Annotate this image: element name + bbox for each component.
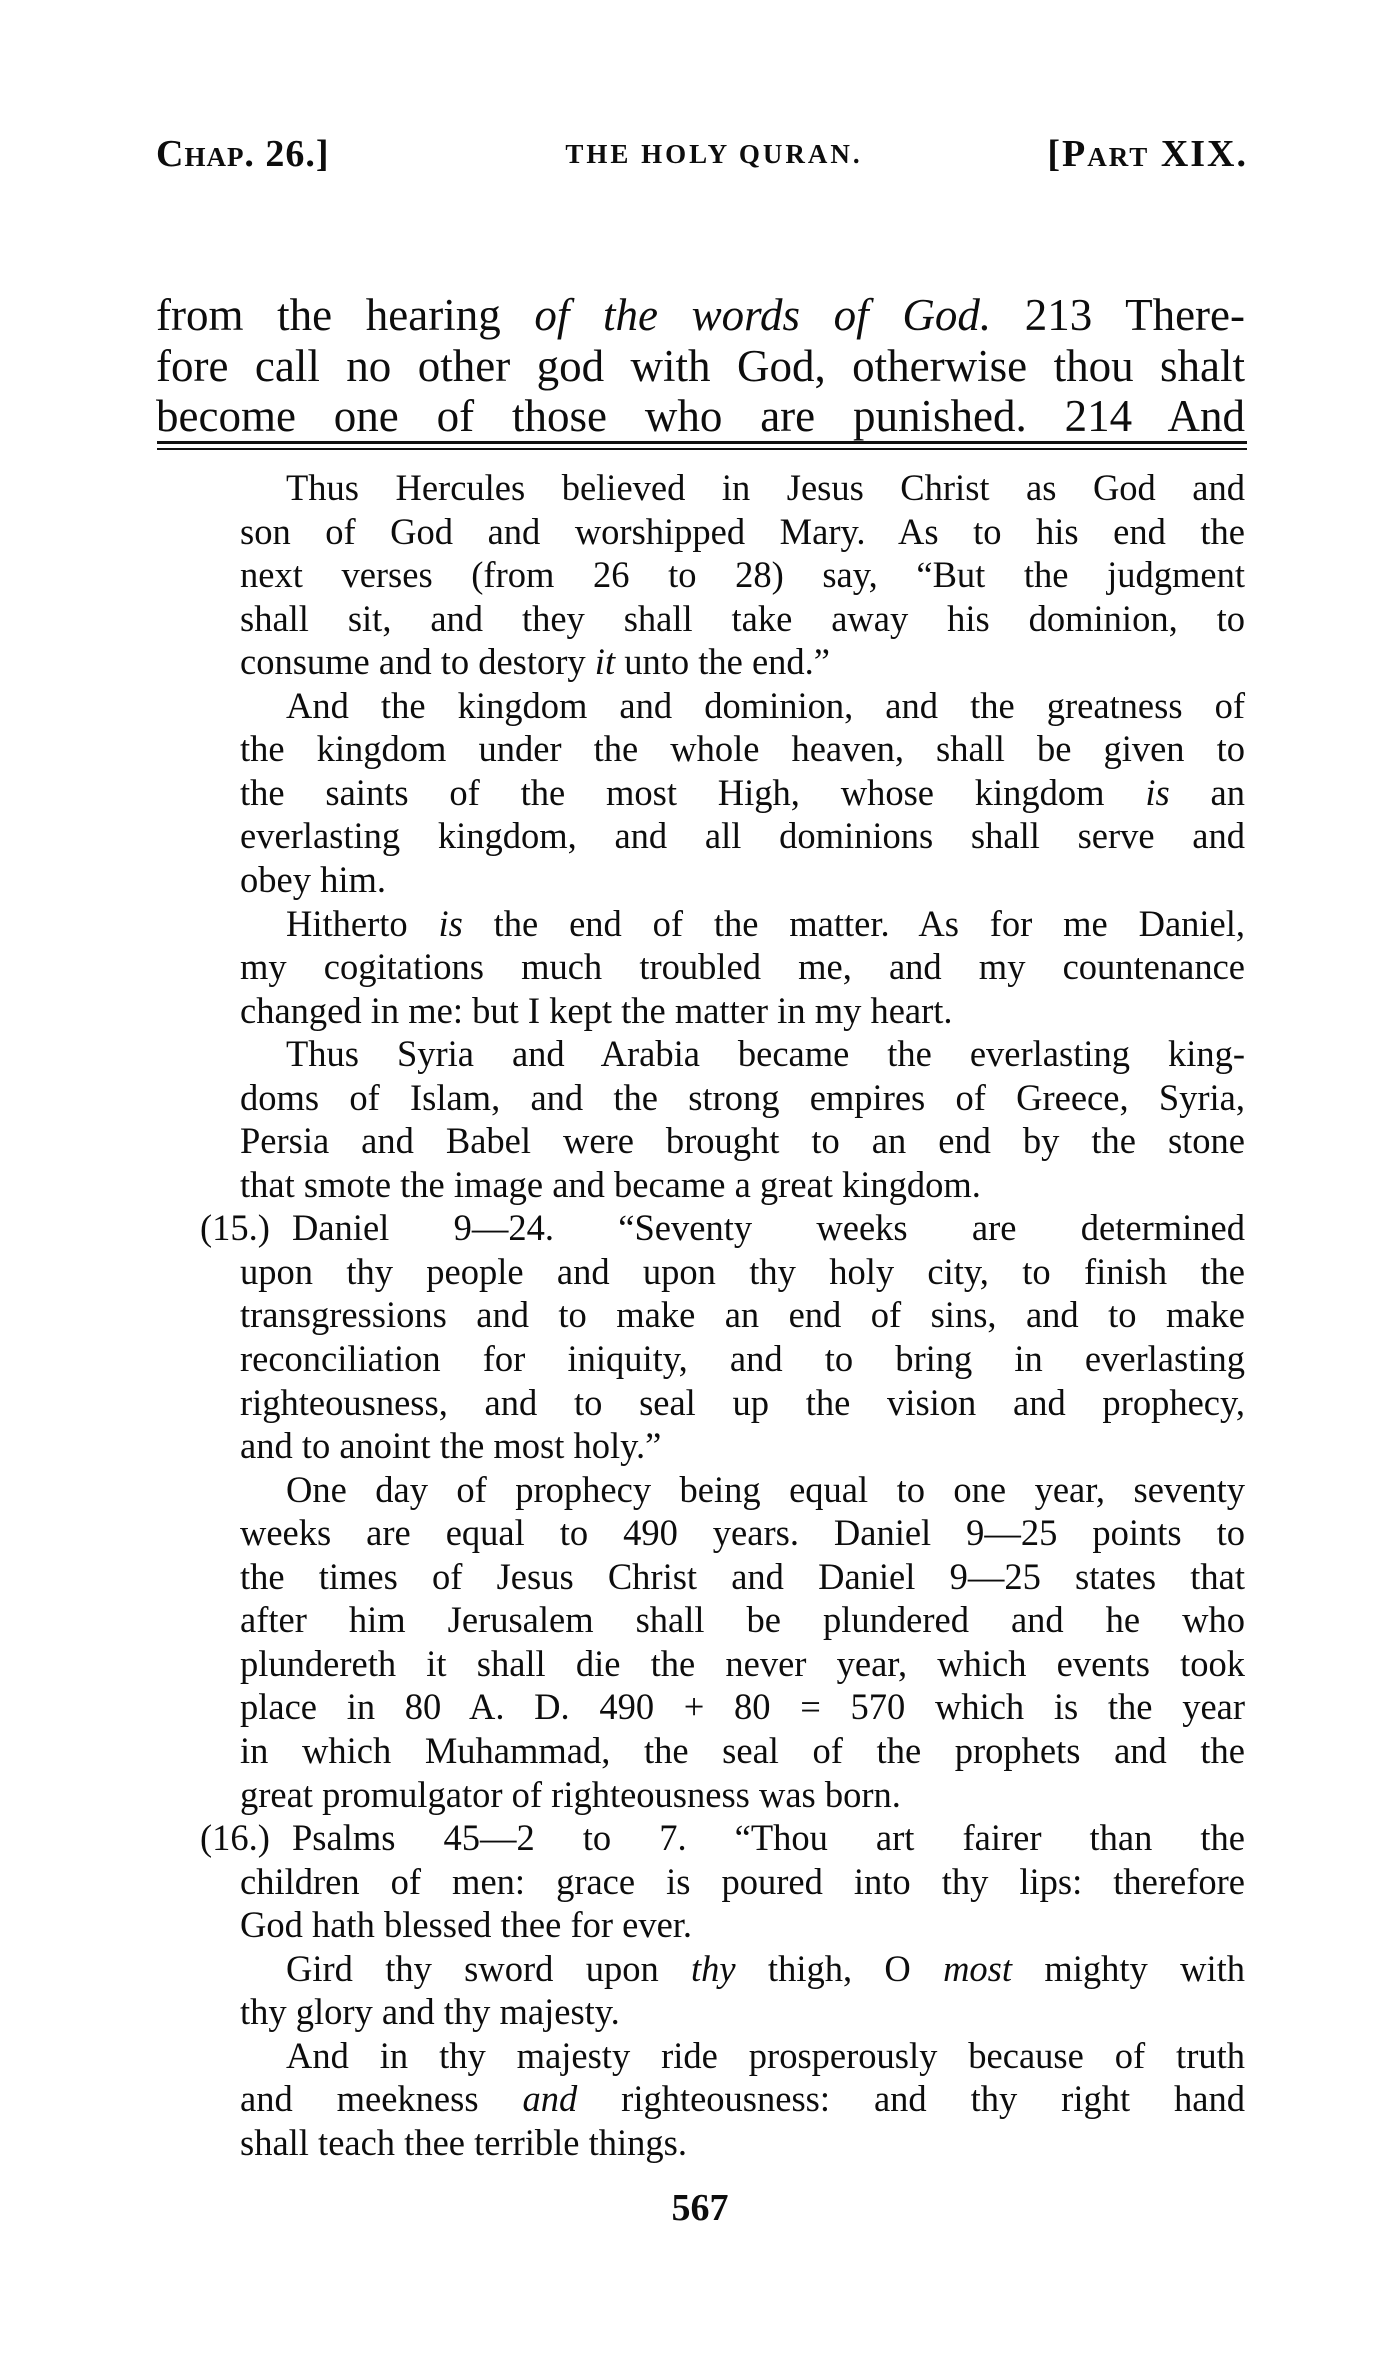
italic-word: is [438,903,462,944]
main-text-line: from the hearing of the words of God. 21… [156,290,1245,340]
italic-word: it [595,641,615,682]
footnote-line: obey him. [240,858,1245,902]
footnote-line: And the kingdom and dominion, and the gr… [240,684,1245,728]
footnote-line: next verses (from 26 to 28) say, “But th… [240,553,1245,597]
footnote-line: the kingdom under the whole heaven, shal… [240,727,1245,771]
footnote-line: the saints of the most High, whose kingd… [240,771,1245,815]
italic-word: and [522,2078,577,2119]
footnote-line: everlasting kingdom, and all dominions s… [240,814,1245,858]
footnote-line: plundereth it shall die the never year, … [240,1642,1245,1686]
footnote-line: children of men: grace is poured into th… [240,1860,1245,1904]
footnote-line: and meekness and righteousness: and thy … [240,2077,1245,2121]
footnote-line: One day of prophecy being equal to one y… [240,1468,1245,1512]
footnote-line: doms of Islam, and the strong empires of… [240,1076,1245,1120]
reference-number-label: (16.) [200,1816,270,1860]
footnote-line: shall sit, and they shall take away his … [240,597,1245,641]
footnote-line: Persia and Babel were brought to an end … [240,1119,1245,1163]
footnote-line: that smote the image and became a great … [240,1163,1245,1207]
footnote-line: Psalms 45—2 to 7. “Thou art fairer than … [292,1816,1245,1860]
footnote-line: great promulgator of righteousness was b… [240,1773,1245,1817]
running-header-chapter: Chap. 26.] [156,132,330,176]
italic-word: most [943,1948,1012,1989]
footnote-line: in which Muhammad, the seal of the proph… [240,1729,1245,1773]
running-header-title: THE HOLY QURAN. [548,132,880,176]
footnote-line: weeks are equal to 490 years. Daniel 9—2… [240,1511,1245,1555]
footnote-line: Daniel 9—24. “Seventy weeks are determin… [292,1206,1245,1250]
running-header-part: [Part XIX. [1018,132,1248,176]
italic-phrase: of the words of God. [534,290,991,340]
footnote-line: after him Jerusalem shall be plundered a… [240,1598,1245,1642]
footnote-rule-bottom [157,448,1247,450]
italic-word: is [1145,772,1169,813]
footnote-line: shall teach thee terrible things. [240,2121,1245,2165]
footnote-line: upon thy people and upon thy holy city, … [240,1250,1245,1294]
footnote-line: my cogitations much troubled me, and my … [240,945,1245,989]
footnote-line: and to anoint the most holy.” [240,1424,1245,1468]
footnote-line: reconciliation for iniquity, and to brin… [240,1337,1245,1381]
footnote-rule-top [157,441,1247,444]
footnote-line: Thus Hercules believed in Jesus Christ a… [240,466,1245,510]
main-text-line: become one of those who are punished. 21… [156,391,1245,441]
footnote-line: transgressions and to make an end of sin… [240,1293,1245,1337]
footnote-line: the times of Jesus Christ and Daniel 9—2… [240,1555,1245,1599]
reference-number-label: (15.) [200,1206,270,1250]
book-page: Chap. 26.] THE HOLY QURAN. [Part XIX. fr… [0,0,1400,2360]
italic-word: thy [691,1948,736,1989]
footnote-line: consume and to destory it unto the end.” [240,640,1245,684]
footnote-line: righteousness, and to seal up the vision… [240,1381,1245,1425]
footnote-line: Gird thy sword upon thy thigh, O most mi… [240,1947,1245,1991]
footnote-line: God hath blessed thee for ever. [240,1903,1245,1947]
footnote-line: son of God and worshipped Mary. As to hi… [240,510,1245,554]
footnote-line: Thus Syria and Arabia became the everlas… [240,1032,1245,1076]
footnote-line: And in thy majesty ride prosperously bec… [240,2034,1245,2078]
footnote-line: Hitherto is the end of the matter. As fo… [240,902,1245,946]
footnote-line: thy glory and thy majesty. [240,1990,1245,2034]
footnote-line: place in 80 A. D. 490 + 80 = 570 which i… [240,1685,1245,1729]
main-text-line: fore call no other god with God, otherwi… [156,341,1245,391]
footnote-line: changed in me: but I kept the matter in … [240,989,1245,1033]
page-number: 567 [620,2186,780,2230]
